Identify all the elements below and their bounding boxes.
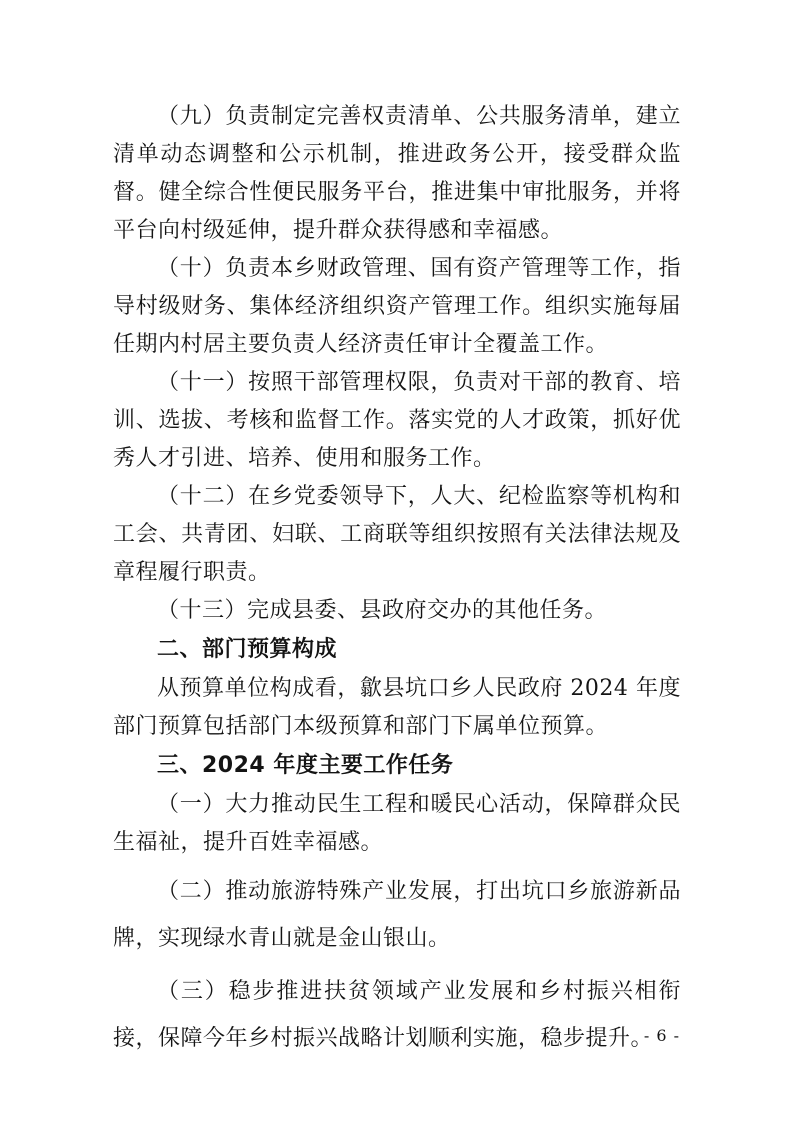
paragraph-task-3: （三）稳步推进扶贫领域产业发展和乡村振兴相衔接，保障今年乡村振兴战略计划顺利实施… — [113, 968, 681, 1062]
paragraph-duty-9: （九）负责制定完善权责清单、公共服务清单，建立清单动态调整和公示机制，推进政务公… — [113, 98, 681, 250]
paragraph-budget-composition: 从预算单位构成看，歙县坑口乡人民政府 2024 年度部门预算包括部门本级预算和部… — [113, 670, 681, 746]
document-body: （九）负责制定完善权责清单、公共服务清单，建立清单动态调整和公示机制，推进政务公… — [113, 98, 681, 1062]
document-page: （九）负责制定完善权责清单、公共服务清单，建立清单动态调整和公示机制，推进政务公… — [0, 0, 793, 1122]
paragraph-task-1: （一）大力推动民生工程和暖民心活动，保障群众民生福祉，提升百姓幸福感。 — [113, 786, 681, 862]
paragraph-duty-10: （十）负责本乡财政管理、国有资产管理等工作，指导村级财务、集体经济组织资产管理工… — [113, 250, 681, 364]
paragraph-duty-12: （十二）在乡党委领导下，人大、纪检监察等机构和工会、共青团、妇联、工商联等组织按… — [113, 478, 681, 592]
section-heading-2024-main-tasks: 三、2024 年度主要工作任务 — [113, 746, 681, 786]
paragraph-task-2: （二）推动旅游特殊产业发展，打出坑口乡旅游新品牌，实现绿水青山就是金山银山。 — [113, 868, 681, 962]
paragraph-duty-13: （十三）完成县委、县政府交办的其他任务。 — [113, 592, 681, 630]
page-number: - 6 - — [644, 1026, 680, 1046]
paragraph-duty-11: （十一）按照干部管理权限，负责对干部的教育、培训、选拔、考核和监督工作。落实党的… — [113, 364, 681, 478]
section-heading-budget-composition: 二、部门预算构成 — [113, 630, 681, 670]
